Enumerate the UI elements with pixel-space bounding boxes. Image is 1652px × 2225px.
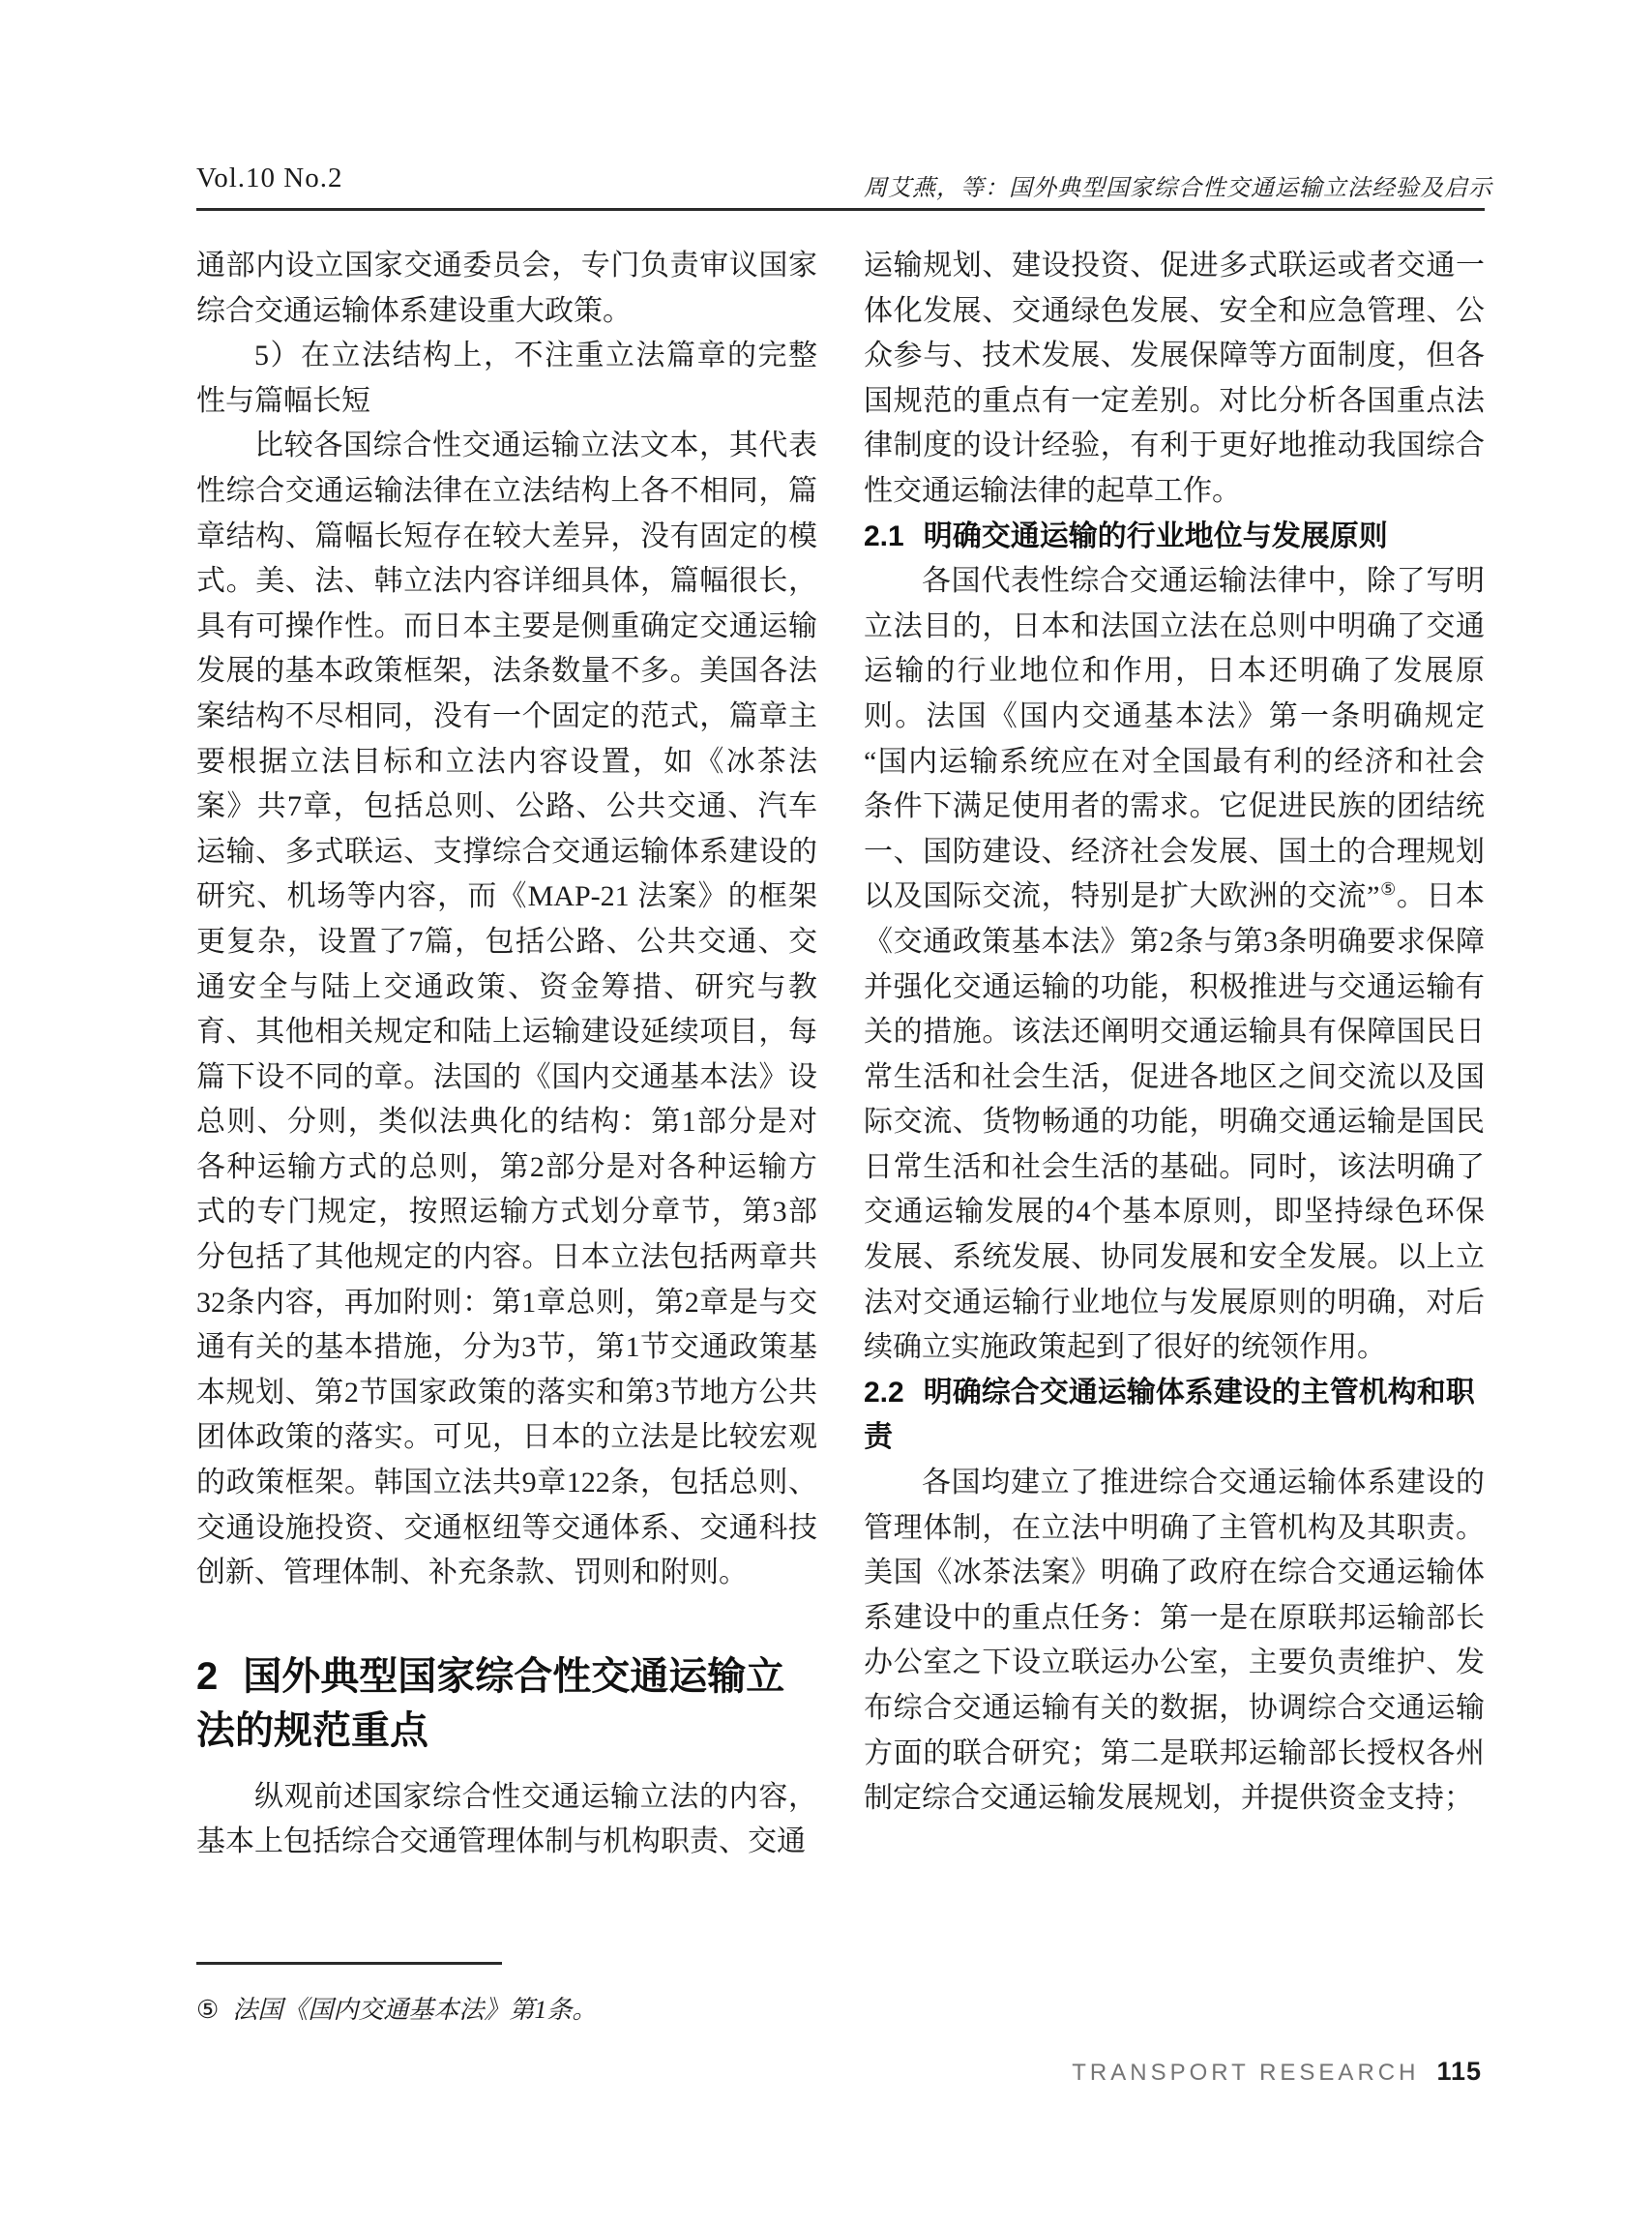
subsection-2-2-title: 明确综合交通运输体系建设的主管机构和职责 (864, 1377, 1475, 1454)
section-2-heading: 2国外典型国家综合性交通运输立法的规范重点 (196, 1649, 817, 1758)
subsection-2-2-number: 2.2 (864, 1377, 904, 1409)
paragraph-overview: 纵观前述国家综合性交通运输立法的内容，基本上包括综合交通管理体制与机构职责、交通 (196, 1775, 817, 1865)
running-head: 周艾燕，等：国外典型国家综合性交通运输立法经验及启示 (864, 168, 1485, 202)
subsection-2-1-title: 明确交通运输的行业地位与发展原则 (924, 520, 1388, 552)
paragraph-industry-position: 各国代表性综合交通运输法律中，除了写明立法目的，日本和法国立法在总则中明确了交通… (864, 559, 1485, 1371)
footnote-marker: ⑤ (196, 1996, 219, 2024)
paragraph-governing-bodies: 各国均建立了推进综合交通运输体系建设的管理体制，在立法中明确了主管机构及其职责。… (864, 1461, 1485, 1822)
right-column: 运输规划、建设投资、促进多式联运或者交通一体化发展、交通绿色发展、安全和应急管理… (864, 244, 1485, 1822)
header-rule (196, 208, 1485, 211)
paragraph-comparison: 比较各国综合性交通运输立法文本，其代表性综合交通运输法律在立法结构上各不相同，篇… (196, 424, 817, 1595)
page-footer: TRANSPORT RESEARCH115 (1072, 2057, 1482, 2087)
paragraph-continued: 运输规划、建设投资、促进多式联运或者交通一体化发展、交通绿色发展、安全和应急管理… (864, 244, 1485, 515)
journal-name: TRANSPORT RESEARCH (1072, 2060, 1419, 2086)
subsection-2-1-heading: 2.1明确交通运输的行业地位与发展原则 (864, 515, 1485, 560)
paragraph-item5: 5）在立法结构上，不注重立法篇章的完整性与篇幅长短 (196, 334, 817, 424)
paragraph-text: 。日本《交通政策基本法》第2条与第3条明确要求保障并强化交通运输的功能，积极推进… (864, 880, 1485, 1363)
paragraph-text: 各国代表性综合交通运输法律中，除了写明立法目的，日本和法国立法在总则中明确了交通… (864, 565, 1485, 912)
journal-page: Vol.10 No.2 周艾燕，等：国外典型国家综合性交通运输立法经验及启示 通… (0, 0, 1652, 2225)
subsection-2-2-heading: 2.2明确综合交通运输体系建设的主管机构和职责 (864, 1371, 1485, 1461)
left-column: 通部内设立国家交通委员会，专门负责审议国家综合交通运输体系建设重大政策。 5）在… (196, 244, 817, 1865)
footnote-rule (196, 1962, 502, 1965)
section-2-title: 国外典型国家综合性交通运输立法的规范重点 (196, 1655, 784, 1752)
footnote-text: 法国《国内交通基本法》第1条。 (232, 1996, 597, 2024)
footnote: ⑤法国《国内交通基本法》第1条。 (196, 1991, 873, 2030)
footnote-ref-marker: ⑤ (1379, 879, 1396, 899)
subsection-2-1-number: 2.1 (864, 520, 904, 552)
page-number: 115 (1436, 2057, 1482, 2086)
volume-issue: Vol.10 No.2 (196, 163, 342, 194)
paragraph-continued: 通部内设立国家交通委员会，专门负责审议国家综合交通运输体系建设重大政策。 (196, 244, 817, 334)
section-2-number: 2 (196, 1655, 218, 1698)
